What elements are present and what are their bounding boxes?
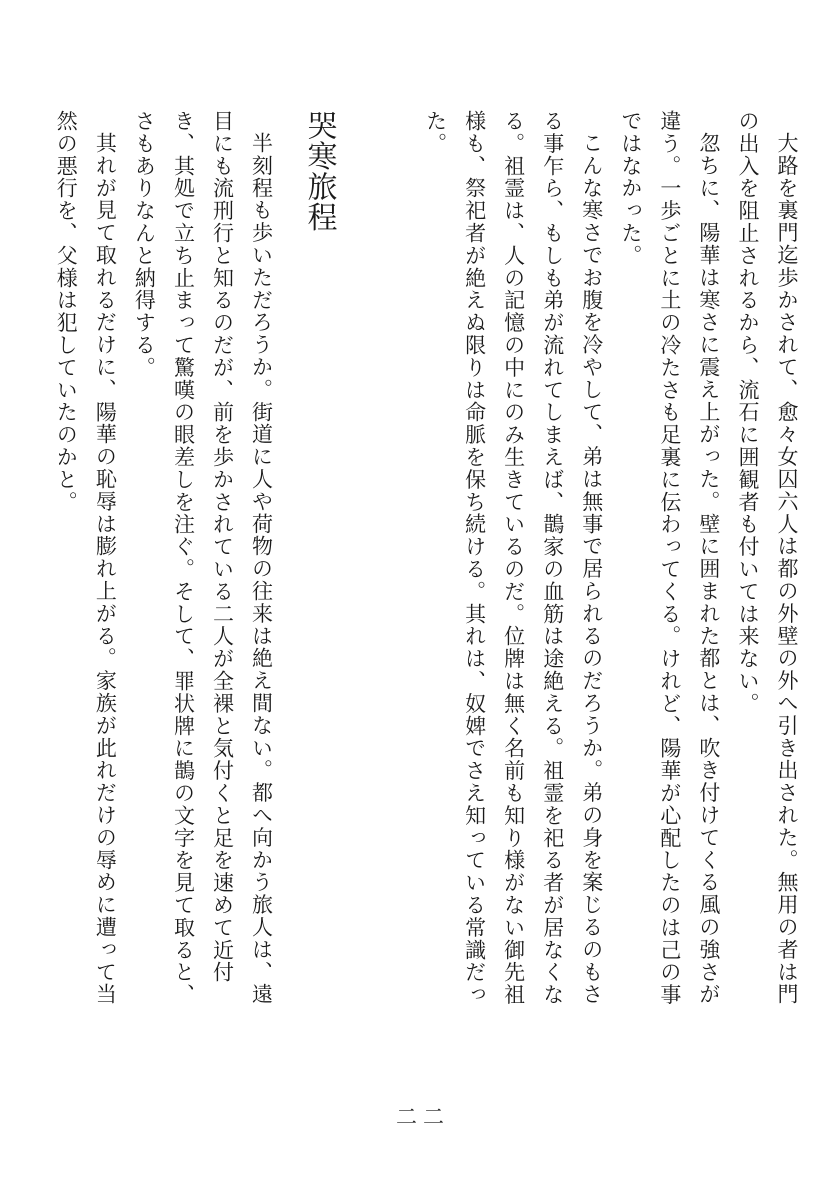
chapter-title: 哭寒旅程 xyxy=(303,110,336,1006)
paragraph: 忽ちに、陽華は寒さに震え上がった。壁に囲まれた都とは、吹き付けてくる風の強さが違… xyxy=(611,110,728,1006)
paragraph: 半刻程も歩いただろうか。街道に人や荷物の往来は絶え間ない。都へ向かう旅人は、遠目… xyxy=(124,110,280,1006)
vertical-text-block: 大路を裏門迄歩かされて、愈々女囚六人は都の外壁の外へ引き出された。無用の者は門の… xyxy=(46,110,806,1006)
page-number: 二二 xyxy=(0,1101,840,1131)
book-page: 大路を裏門迄歩かされて、愈々女囚六人は都の外壁の外へ引き出された。無用の者は門の… xyxy=(0,0,840,1191)
paragraph: こんな寒さでお腹を冷やして、弟は無事で居られるのだろうか。弟の身を案じるのもさる… xyxy=(416,110,611,1006)
paragraph: 其れが見て取れるだけに、陽華の恥辱は膨れ上がる。家族が此れだけの辱めに遭って当然… xyxy=(46,110,124,1006)
paragraph: 大路を裏門迄歩かされて、愈々女囚六人は都の外壁の外へ引き出された。無用の者は門の… xyxy=(728,110,806,1006)
